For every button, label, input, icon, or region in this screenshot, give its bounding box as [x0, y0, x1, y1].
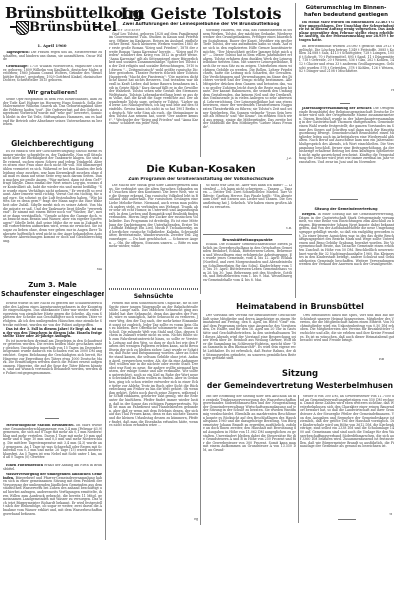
divider: [330, 199, 358, 200]
tolstoi-col1-body: Graf Leo Tolstoi, geboren 1828 auf dem F…: [109, 33, 198, 126]
bauern-body: Ecklak. Die Ecklaker Gemeinschaftsschule…: [203, 243, 292, 283]
guter-body: Im Betriebsmonat wurden 26.080 t gefisch…: [299, 45, 394, 74]
jahreshaupt: Jahreshauptversammlung der Drücker. Die …: [299, 107, 394, 185]
heimatabend-headline: Heimatabend in Brunsbüttel: [203, 302, 397, 311]
sitzung-small-text: In einer Sitzung hat die Gemeindevertret…: [299, 213, 394, 266]
sehnsuechte-headline: Sehnsüchte: [109, 293, 198, 300]
column-rule: [105, 50, 106, 540]
guter-sign: rt: [382, 89, 394, 93]
jahreshaupt-text: Die Ortsgemeinde Brunsbüttel der Religio…: [299, 107, 394, 164]
guter-headline-1: Güterumschlag im Binnen-: [297, 5, 395, 11]
gedenktage-text: 1710 William Wordsworth, englischer Dich…: [3, 65, 102, 82]
sitzung-small-headline: Sitzung der Gemeindevertretung: [297, 207, 395, 211]
sehnsuechte-sign: eg: [184, 518, 198, 522]
masthead-title-line2: Brünsbüttel: [29, 20, 117, 35]
gratulieren-text: Seine Opti-Hospitation in dem Fels Elekt…: [3, 98, 102, 136]
sitzung-sign: tt: [380, 513, 392, 517]
gedenktage: Gedenktage: 1710 William Wordsworth, eng…: [3, 65, 102, 87]
schaufenster-headline-1: Zum 3. Male: [3, 281, 102, 289]
schaufenster-body: Es ist inzwischen dreimal am Ziegeleien …: [3, 340, 102, 376]
tagesspruch: Tagesspruch: Die Frauen regen uns an, Me…: [3, 51, 102, 65]
divider: [45, 418, 59, 419]
kuban-col2-body: so nicht war Leid ist. Aber was kann ich…: [203, 184, 292, 209]
masthead: Brünsbüttelkoog Brünsbüttel 1. April 196…: [2, 3, 102, 53]
gleichberechtigung-body: Es ist einfach seit der Gleichberechtigu…: [3, 150, 102, 243]
guter-lead: Im Monat März wurden im Binnenhafen 32.4…: [299, 21, 394, 43]
tolstoi-headline: Im Geiste Tolstois: [108, 4, 294, 23]
schaufenster-lead: Erneut wurde in der Nacht zu gestern die…: [3, 302, 102, 327]
sitzung-small: Bergen. In einer Sitzung hat die Gemeind…: [299, 213, 394, 298]
column-rule: [200, 184, 201, 294]
guter-headline-2: hafen bedeutend gestiegen: [297, 12, 395, 18]
wetter: Meteorologische Station Brunsbüttel. Im …: [3, 424, 102, 462]
gratulieren-headline: Wir gratulieren!: [3, 90, 102, 96]
sitzung-col2: steuer B von 300 DM, an Gewerbesteuer vo…: [300, 395, 394, 513]
tolstoi-col2-body: schwany Hallwell, ein Volk, das Himmelsz…: [203, 29, 292, 130]
sehnsuechte-body: Pfeifen mit dem schneebleichen Unglücke,…: [109, 302, 198, 428]
tolstoi-subhead: Zwei Aufführungen der Leinespielbühne de…: [108, 22, 294, 27]
column-rule: [200, 29, 201, 157]
sitzung-col1-body: Mit der Eröffnung der Sitzung über den A…: [203, 395, 296, 453]
sehnsuechte-text: Pfeifen mit dem schneebleichen Unglücke,…: [109, 302, 198, 518]
heimatabend-col1-body: Der Vorstand des Vereins für Brunsbüttel…: [203, 314, 296, 361]
ornamental-divider: [109, 288, 198, 290]
kuban-subhead: Zum Programm der Großveranstaltung der V…: [108, 177, 294, 182]
column-rule: [200, 300, 201, 525]
sitzung-headline-1: Sitzung: [203, 369, 397, 379]
guter-lead-body: Im Monat März wurden im Binnenhafen 32.4…: [299, 21, 394, 43]
guter-text: Im Betriebsmonat wurden 26.080 t gefisch…: [299, 45, 394, 90]
schaufenster-headline-2: Schaufenster eingeschlagen: [1, 290, 104, 298]
tolstoi-sign: J.Z.: [278, 157, 292, 161]
gleichberechtigung-text: Es ist einfach seit der Gleichberechtigu…: [3, 150, 102, 268]
heimatabend-sign: HB: [370, 358, 384, 362]
flotte: Einen Flottenbesuch erhält der Anfang am…: [3, 464, 102, 472]
sitzung-col2-body: steuer B von 300 DM, an Gewerbesteuer vo…: [300, 395, 394, 449]
gratulieren-body: Seine Opti-Hospitation in dem Fels Elekt…: [3, 98, 102, 127]
bauern-text: Ecklak. Die Ecklaker Gemeinschaftsschule…: [203, 243, 292, 295]
tolstoi-col2: schwany Hallwell, ein Volk, das Himmelsz…: [203, 29, 292, 157]
coat-of-arms-icon: [16, 21, 29, 35]
wasser-text: Bürgerbrief und Pfarrer-Gemeindeversamml…: [3, 476, 102, 516]
wasser: Wasserversorgung der umliegenden ländlic…: [3, 473, 102, 538]
column-rule: [298, 395, 299, 523]
sitzung-headline-2: der Gemeindevertretung Westerbelmhusen: [203, 381, 397, 390]
masthead-rule-right: [95, 26, 99, 28]
divider: [203, 234, 292, 235]
kuban-headline: Die Kuban-Kosaken: [108, 164, 294, 175]
heimatabend-col1: Der Vorstand des Vereins für Brunsbüttel…: [203, 314, 296, 366]
kuban-sign: V.B.: [278, 227, 292, 231]
issue-date: 1. April 1960: [22, 43, 82, 48]
schaufenster-bold: Das ist der 3. Fall in diesem Jahre! Er …: [3, 327, 102, 338]
kuban-col2: so nicht war Leid ist. Aber was kann ich…: [203, 184, 292, 227]
kuban-col1: Die Macht der Musik geht über Ländergren…: [109, 184, 198, 286]
bauern-headline: Brunsbüttelkoogspunkte: [203, 238, 292, 242]
heimatabend-col2: Orts Brunsbüttel hinzu mit Spiel, Vorf u…: [300, 314, 394, 358]
sitzung-col1: Mit der Eröffnung der Sitzung über den A…: [203, 395, 296, 521]
divider: [338, 519, 356, 520]
divider: [340, 103, 350, 104]
gleichberechtigung-headline: Gleichberechtigung: [3, 139, 102, 148]
wetter-text: Im März wurde eine Gesamtniederschlagsme…: [3, 424, 102, 459]
column-rule: [295, 3, 296, 298]
kuban-col1-body: Die Macht der Musik geht über Ländergren…: [109, 184, 198, 249]
tolstoi-col1: Der Dichter Graf Leo Tolstoi, geboren 18…: [109, 29, 198, 157]
gleichberechtigung-sign: Mll: [90, 268, 102, 272]
schaufenster-text: Erneut wurde in der Nacht zu gestern die…: [3, 302, 102, 416]
masthead-rule-left: [10, 26, 16, 28]
heimatabend-col2-body: Orts Brunsbüttel hinzu mit Spiel, Vorf u…: [300, 314, 394, 343]
